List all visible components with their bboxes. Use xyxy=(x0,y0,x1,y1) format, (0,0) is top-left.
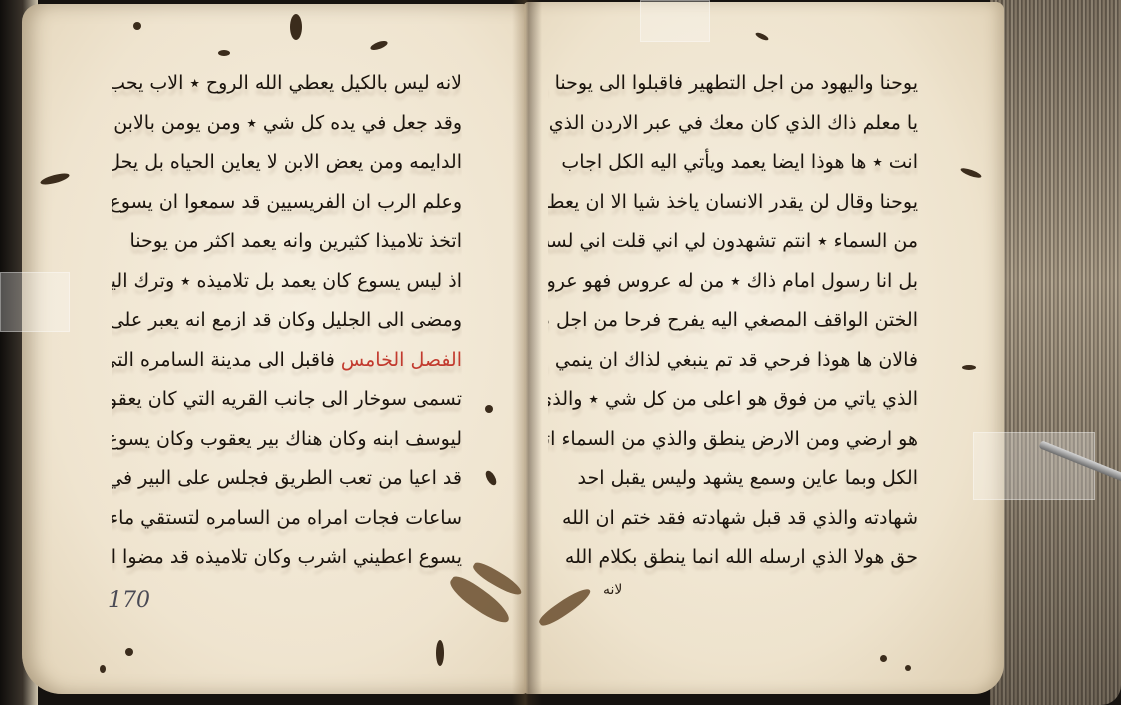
text-line: وعلم الرب ان الفريسيين قد سمعوا ان يسوع … xyxy=(112,183,462,223)
wormhole xyxy=(290,14,302,40)
repair-tape-right xyxy=(973,432,1095,500)
repair-tape-top xyxy=(640,0,710,42)
wormhole xyxy=(436,640,444,666)
manuscript-photo: لانه ليس بالكيل يعطي الله الروح ٭ الاب ي… xyxy=(0,0,1121,705)
book-gutter xyxy=(512,0,542,705)
folio-number: 170 xyxy=(108,588,150,613)
text-line: اتخذ تلاميذا كثيرين وانه يعمد اكثر من يو… xyxy=(112,222,462,262)
wormhole xyxy=(100,665,106,673)
text-line: من السماء ٭ انتم تشهدون لي اني قلت اني ل… xyxy=(548,222,918,262)
text-line: شهادته والذي قد قبل شهادته فقد ختم ان ال… xyxy=(548,499,918,539)
text-line: يوحنا واليهود من اجل التطهير فاقبلوا الى… xyxy=(548,64,918,104)
text-line: انت ٭ ها هوذا ايضا يعمد ويأتي اليه الكل … xyxy=(548,143,918,183)
text-line: حق هولا الذي ارسله الله انما ينطق بكلام … xyxy=(548,538,918,578)
repair-tape-left xyxy=(0,272,70,332)
text-line: لانه ليس بالكيل يعطي الله الروح ٭ الاب ي… xyxy=(112,64,462,104)
book-fore-edge xyxy=(990,0,1121,705)
text-line: هو ارضي ومن الارض ينطق والذي من السماء ا… xyxy=(548,420,918,460)
wormhole xyxy=(218,50,230,56)
catchword: لانه xyxy=(603,582,622,598)
text-line: يسوع اعطيني اشرب وكان تلاميذه قد مضوا ال… xyxy=(112,538,462,578)
text-line: الذي ياتي من فوق هو اعلى من كل شي ٭ والذ… xyxy=(548,380,918,420)
rubric-heading: الفصل الخامس xyxy=(341,349,462,371)
text-line: بل انا رسول امام ذاك ٭ من له عروس فهو عر… xyxy=(548,262,918,302)
text-line: تسمى سوخار الى جانب القريه التي كان يعقو… xyxy=(112,380,462,420)
left-page-text: لانه ليس بالكيل يعطي الله الروح ٭ الاب ي… xyxy=(112,64,462,578)
right-page-text: يوحنا واليهود من اجل التطهير فاقبلوا الى… xyxy=(548,64,918,578)
text-line: فالان ها هوذا فرحي قد تم ينبغي لذاك ان ي… xyxy=(548,341,918,381)
text-line: قد اعيا من تعب الطريق فجلس على البير في … xyxy=(112,459,462,499)
text-line: يوحنا وقال لن يقدر الانسان ياخذ شيا الا … xyxy=(548,183,918,223)
wormhole xyxy=(133,22,141,30)
text-line: ومضى الى الجليل وكان قد ازمع انه يعبر عل… xyxy=(112,301,462,341)
wormhole xyxy=(485,405,493,413)
text-line: وقد جعل في يده كل شي ٭ ومن يومن بالابن ف… xyxy=(112,104,462,144)
text-line: ساعات فجات امراه من السامره لتستقي ماء ٭… xyxy=(112,499,462,539)
text-line: الدايمه ومن يعض الابن لا يعاين الحياه بل… xyxy=(112,143,462,183)
wormhole xyxy=(125,648,133,656)
text-line-with-rubric: الفصل الخامس فاقبل الى مدينة السامره الت… xyxy=(112,341,462,381)
text-line: اذ ليس يسوع كان يعمد بل تلاميذه ٭ وترك ا… xyxy=(112,262,462,302)
wormhole xyxy=(962,365,976,370)
text-line: الكل وبما عاين وسمع يشهد وليس يقبل احد xyxy=(548,459,918,499)
text-line: الختن الواقف المصغي اليه يفرح فرحا من اج… xyxy=(548,301,918,341)
text-line: ليوسف ابنه وكان هناك بير يعقوب وكان يسوع xyxy=(112,420,462,460)
text-line: يا معلم ذاك الذي كان معك في عبر الاردن ا… xyxy=(548,104,918,144)
wormhole xyxy=(880,655,887,662)
wormhole xyxy=(905,665,911,671)
